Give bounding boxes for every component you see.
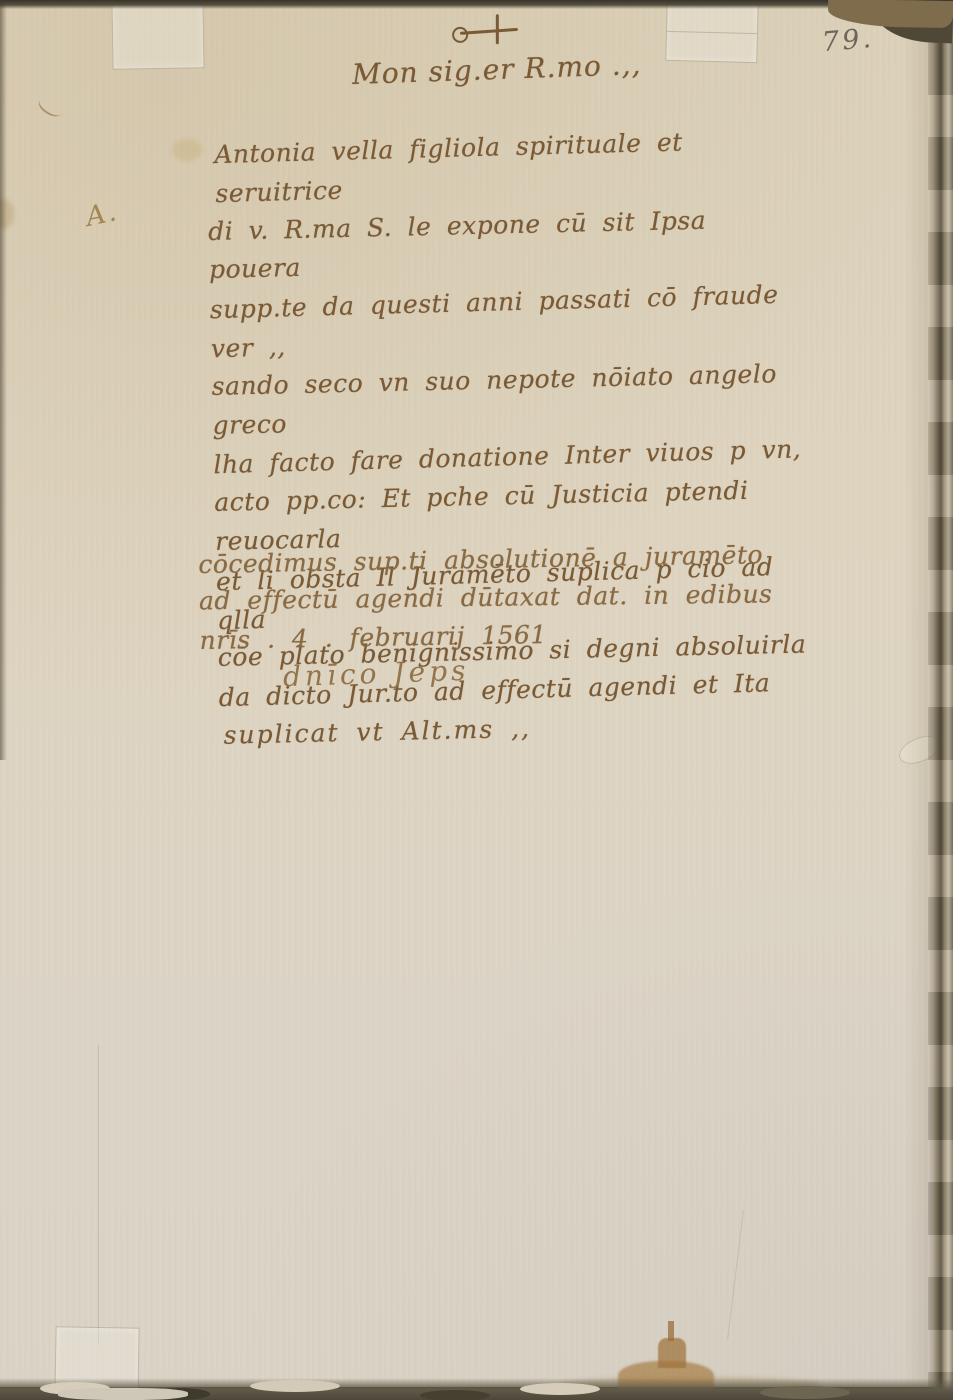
tape-patch-top-left bbox=[111, 0, 204, 70]
cross-loop bbox=[452, 26, 469, 43]
torn-edge-right bbox=[928, 0, 953, 1400]
torn-edge-top bbox=[0, 0, 953, 9]
cross-horizontal-stroke bbox=[460, 28, 518, 35]
bottom-stain bbox=[668, 1321, 674, 1341]
folio-number: 79. bbox=[821, 23, 875, 58]
margin-letter: A. bbox=[83, 196, 121, 233]
paper-crease bbox=[727, 1210, 744, 1339]
ink-smudge bbox=[36, 93, 66, 122]
grant-line: ad effectū agendi dūtaxat dat. in edibus bbox=[199, 575, 819, 621]
edge-fragment bbox=[250, 1380, 340, 1392]
manuscript-page: Mon sig.er R.mo .,, 79. A. Antonia vella… bbox=[0, 5, 938, 1387]
cross-vertical-stroke bbox=[496, 14, 499, 44]
paper-stain bbox=[172, 139, 202, 161]
signature-line: dnīco Jeps bbox=[282, 654, 469, 693]
petition-line: supp.te da questi anni passati cō fraude… bbox=[209, 275, 811, 369]
salutation: Mon sig.er R.mo .,, bbox=[352, 48, 642, 91]
edge-fragment bbox=[760, 1386, 850, 1399]
tape-patch-top-center bbox=[665, 0, 759, 63]
gutter-shadow-left bbox=[0, 0, 7, 760]
edge-fragment bbox=[520, 1383, 600, 1395]
bottom-stain bbox=[658, 1338, 686, 1368]
manuscript-scan: Mon sig.er R.mo .,, 79. A. Antonia vella… bbox=[0, 0, 953, 1400]
petition-line: Antonia vella figliola spirituale et ser… bbox=[206, 120, 808, 214]
edge-fragment bbox=[420, 1390, 490, 1400]
under-sheet-edge bbox=[58, 1388, 188, 1400]
grant-paragraph: cōcedimus sup.ti absolutionē a juramēto … bbox=[198, 535, 820, 660]
paper-crease bbox=[98, 1045, 99, 1345]
invocation-cross-icon bbox=[451, 13, 523, 52]
